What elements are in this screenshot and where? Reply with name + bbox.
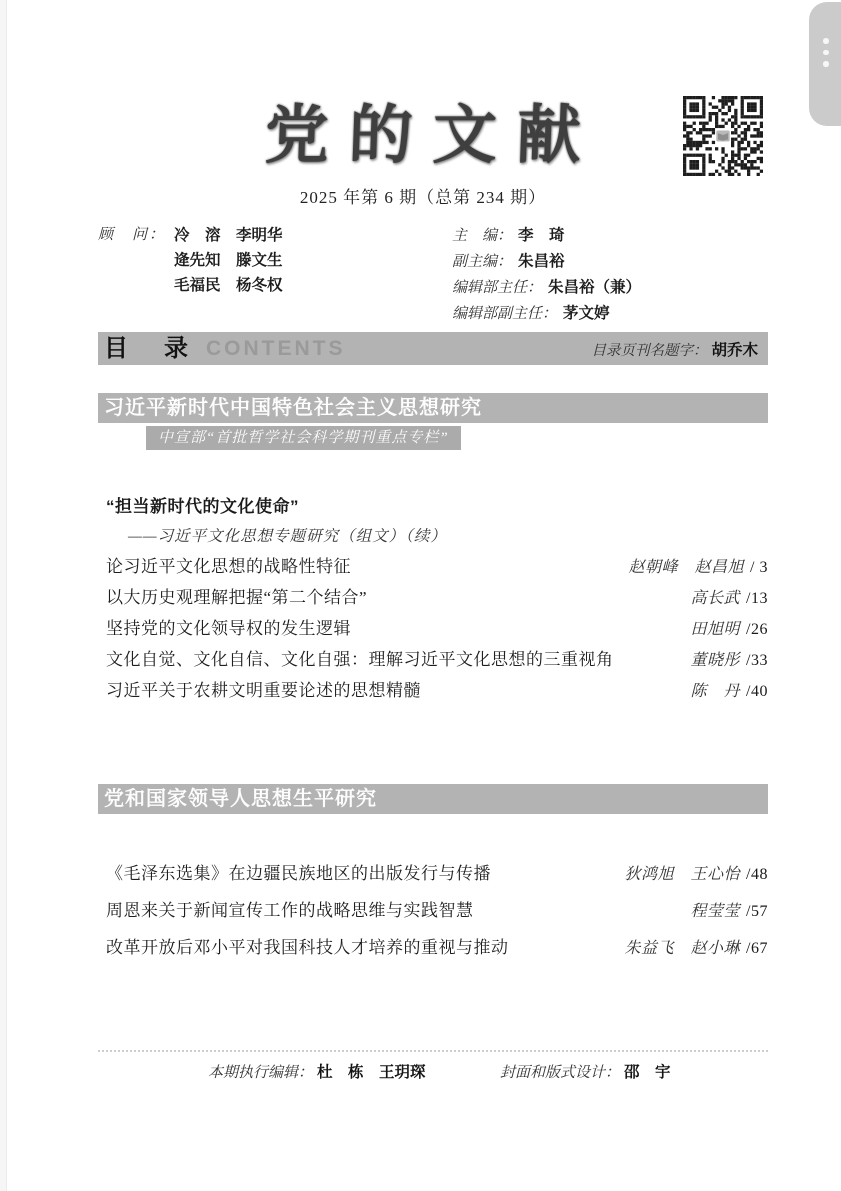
article-meta: 董晓彤/33 <box>691 645 768 676</box>
article-authors: 狄鸿旭 王心怡 <box>625 866 741 883</box>
article-title[interactable]: 以大历史观理解把握“第二个结合” <box>106 583 679 613</box>
footer-exec-editor: 本期执行编辑：杜 栋 王玥琛 <box>208 1060 426 1082</box>
kebab-dot <box>823 38 829 44</box>
advisor-row: 逄先知 滕文生 <box>174 248 283 273</box>
editor-name: 朱昌裕 <box>518 253 565 270</box>
inscription-label: 目录页刊名题字： <box>591 343 707 359</box>
article-title[interactable]: 《毛泽东选集》在边疆民族地区的出版发行与传播 <box>106 856 613 892</box>
article-row[interactable]: 坚持党的文化领导权的发生逻辑 田旭明/26 <box>106 614 768 645</box>
advisors-block: 顾 问： 冷 溶 李明华 逄先知 滕文生 毛福民 杨冬权 <box>98 223 283 298</box>
issue-line: 2025 年第 6 期（总第 234 期） <box>98 183 748 208</box>
article-authors: 董晓彤 <box>691 652 741 669</box>
article-page: /57 <box>746 903 768 920</box>
editor-label: 主 编： <box>452 228 512 244</box>
article-title[interactable]: 文化自觉、文化自信、文化自强：理解习近平文化思想的三重视角 <box>106 645 679 675</box>
footer-design-name: 邵 宇 <box>624 1064 671 1081</box>
article-page: /13 <box>746 590 768 607</box>
article-authors: 陈 丹 <box>691 683 741 700</box>
inscription: 目录页刊名题字：胡乔木 <box>591 338 758 360</box>
article-page: /26 <box>746 621 768 638</box>
article-meta: 赵朝峰 赵昌旭/ 3 <box>629 552 768 583</box>
editor-name: 李 琦 <box>518 227 565 244</box>
kebab-dot <box>823 61 829 67</box>
article-meta: 朱益飞 赵小琳/67 <box>625 930 768 967</box>
article-meta: 高长武/13 <box>691 583 768 614</box>
contents-title-cn: 目 录 <box>104 332 194 365</box>
article-authors: 赵朝峰 赵昌旭 <box>629 559 745 576</box>
article-title[interactable]: 坚持党的文化领导权的发生逻辑 <box>106 614 679 644</box>
contents-bar: 目 录 CONTENTS 目录页刊名题字：胡乔木 <box>98 332 768 365</box>
journal-title-calligraphy: 党的文献 <box>96 84 749 176</box>
advisor-row: 冷 溶 李明华 <box>174 223 283 248</box>
article-group-subtitle: ——习近平文化思想专题研究（组文）（续） <box>106 522 768 552</box>
editor-row: 编辑部主任：朱昌裕（兼） <box>452 275 641 301</box>
editor-row: 编辑部副主任：茅文婷 <box>452 301 641 327</box>
article-row[interactable]: 论习近平文化思想的战略性特征 赵朝峰 赵昌旭/ 3 <box>106 552 768 583</box>
footer-exec-label: 本期执行编辑： <box>208 1065 313 1081</box>
article-title[interactable]: 习近平关于农耕文明重要论述的思想精髓 <box>106 676 679 706</box>
article-title[interactable]: 改革开放后邓小平对我国科技人才培养的重视与推动 <box>106 930 613 966</box>
journal-contents-page: 党的文献 2025 年第 6 期（总第 234 期） 顾 问： 冷 溶 李明华 … <box>0 0 841 1191</box>
viewer-toolbar-handle[interactable] <box>809 2 841 126</box>
advisor-label: 顾 问： <box>98 223 174 298</box>
page-left-edge <box>0 0 7 1191</box>
editors-block: 主 编：李 琦 副主编：朱昌裕 编辑部主任：朱昌裕（兼） 编辑部副主任：茅文婷 <box>452 223 641 327</box>
article-authors: 高长武 <box>691 590 741 607</box>
article-page: /67 <box>746 940 768 957</box>
article-meta: 程莹莹/57 <box>691 893 768 930</box>
section-subheader: 中宣部“首批哲学社会科学期刊重点专栏” <box>146 426 461 450</box>
article-meta: 狄鸿旭 王心怡/48 <box>625 856 768 893</box>
article-row[interactable]: 文化自觉、文化自信、文化自强：理解习近平文化思想的三重视角 董晓彤/33 <box>106 645 768 676</box>
editor-label: 编辑部副主任： <box>452 306 557 322</box>
contents-title-en: CONTENTS <box>206 337 346 361</box>
article-group-title: “担当新时代的文化使命” <box>106 492 768 522</box>
article-page: / 3 <box>750 559 768 576</box>
editor-name: 朱昌裕（兼） <box>548 279 641 296</box>
footer-design-credit: 封面和版式设计：邵 宇 <box>500 1060 671 1082</box>
article-title[interactable]: 周恩来关于新闻宣传工作的战略思维与实践智慧 <box>106 893 679 929</box>
section-header-xi-thought: 习近平新时代中国特色社会主义思想研究 <box>98 393 768 423</box>
article-row[interactable]: 改革开放后邓小平对我国科技人才培养的重视与推动 朱益飞 赵小琳/67 <box>106 930 768 967</box>
article-authors: 朱益飞 赵小琳 <box>625 940 741 957</box>
editor-name: 茅文婷 <box>563 305 610 322</box>
article-list-1: “担当新时代的文化使命” ——习近平文化思想专题研究（组文）（续） 论习近平文化… <box>106 492 768 707</box>
article-meta: 田旭明/26 <box>691 614 768 645</box>
section-header-leaders-research: 党和国家领导人思想生平研究 <box>98 784 768 814</box>
editor-label: 编辑部主任： <box>452 280 542 296</box>
article-title[interactable]: 论习近平文化思想的战略性特征 <box>106 552 617 582</box>
article-row[interactable]: 以大历史观理解把握“第二个结合” 高长武/13 <box>106 583 768 614</box>
kebab-dot <box>823 50 829 56</box>
qr-code <box>683 96 763 176</box>
footer-divider <box>98 1050 768 1052</box>
article-page: /40 <box>746 683 768 700</box>
article-page: /33 <box>746 652 768 669</box>
advisor-names: 冷 溶 李明华 逄先知 滕文生 毛福民 杨冬权 <box>174 223 283 298</box>
article-row[interactable]: 《毛泽东选集》在边疆民族地区的出版发行与传播 狄鸿旭 王心怡/48 <box>106 856 768 893</box>
article-authors: 程莹莹 <box>691 903 741 920</box>
article-row[interactable]: 习近平关于农耕文明重要论述的思想精髓 陈 丹/40 <box>106 676 768 707</box>
inscription-name: 胡乔木 <box>711 342 758 359</box>
article-meta: 陈 丹/40 <box>691 676 768 707</box>
article-row[interactable]: 周恩来关于新闻宣传工作的战略思维与实践智慧 程莹莹/57 <box>106 893 768 930</box>
article-list-2: 《毛泽东选集》在边疆民族地区的出版发行与传播 狄鸿旭 王心怡/48 周恩来关于新… <box>106 856 768 967</box>
editor-label: 副主编： <box>452 254 512 270</box>
editor-row: 副主编：朱昌裕 <box>452 249 641 275</box>
article-page: /48 <box>746 866 768 883</box>
kebab-menu-icon[interactable] <box>823 38 829 67</box>
footer-exec-names: 杜 栋 王玥琛 <box>317 1064 426 1081</box>
article-authors: 田旭明 <box>691 621 741 638</box>
advisor-row: 毛福民 杨冬权 <box>174 273 283 298</box>
footer-design-label: 封面和版式设计： <box>500 1065 620 1081</box>
editor-row: 主 编：李 琦 <box>452 223 641 249</box>
